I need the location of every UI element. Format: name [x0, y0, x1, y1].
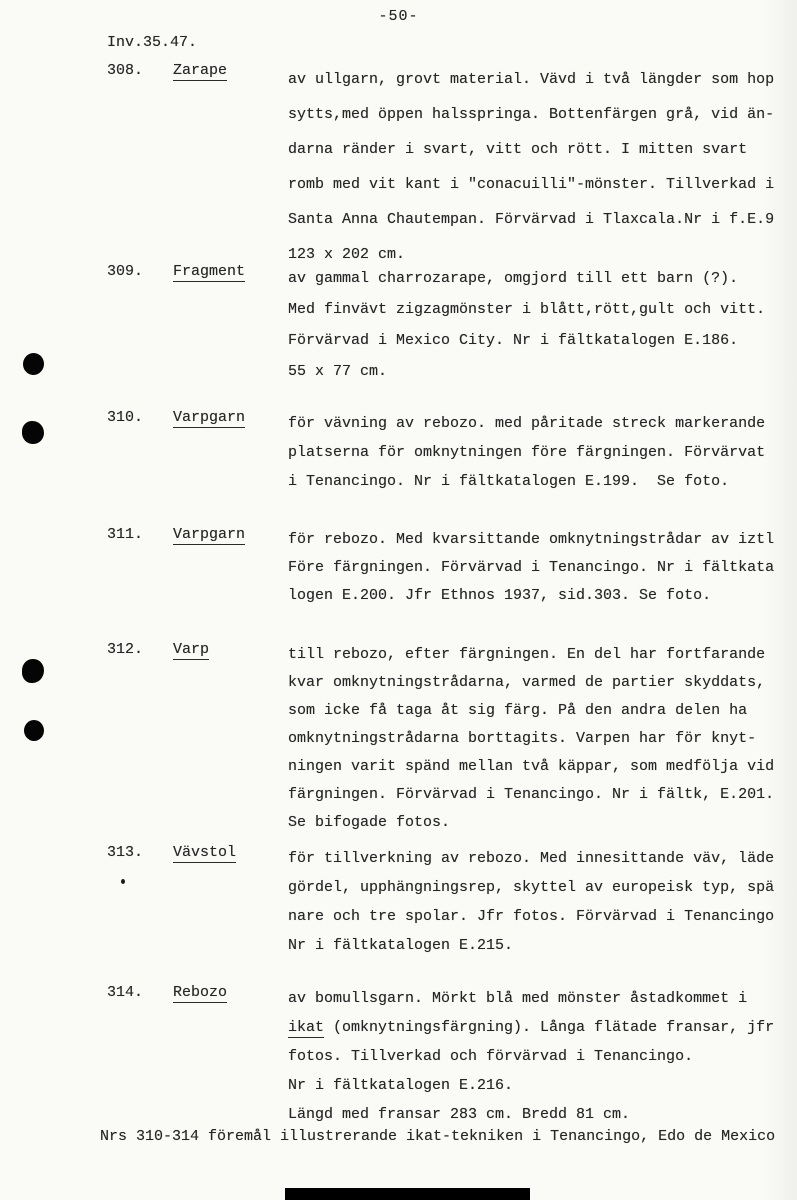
- entry-name: Varpgarn: [173, 409, 245, 428]
- stray-ink-dot: [121, 879, 125, 884]
- entry-description-line: av bomullsgarn. Mörkt blå med mönster ås…: [288, 990, 747, 1007]
- entry-number: 310.: [107, 409, 143, 426]
- entry-name: Vävstol: [173, 844, 236, 863]
- hole-punch-mark: [22, 421, 44, 444]
- entry-description-line: (omknytningsfärgning). Långa flätade fra…: [324, 1019, 774, 1036]
- entry-number: 308.: [107, 62, 143, 79]
- entry-description: för tillverkning av rebozo. Med innesitt…: [288, 844, 774, 960]
- entry-number: 311.: [107, 526, 143, 543]
- entry-description: av gammal charrozarape, omgjord till ett…: [288, 263, 765, 387]
- page-number: -50-: [0, 8, 797, 25]
- entry-name: Fragment: [173, 263, 245, 282]
- entry-name: Varpgarn: [173, 526, 245, 545]
- hole-punch-mark: [22, 352, 46, 377]
- entry-description: av bomullsgarn. Mörkt blå med mönster ås…: [288, 984, 774, 1129]
- inventory-number: Inv.35.47.: [107, 34, 197, 51]
- entry-name: Zarape: [173, 62, 227, 81]
- entry-description: för vävning av rebozo. med påritade stre…: [288, 409, 765, 496]
- entry-description: för rebozo. Med kvarsittande omknytnings…: [288, 526, 774, 610]
- entry-number: 314.: [107, 984, 143, 1001]
- entry-description-lines: fotos. Tillverkad och förvärvad i Tenanc…: [288, 1048, 693, 1123]
- entry-description: till rebozo, efter färgningen. En del ha…: [288, 641, 774, 837]
- footer-note: Nrs 310-314 föremål illustrerande ikat-t…: [100, 1128, 775, 1145]
- entry-number: 313.: [107, 844, 143, 861]
- entry-name: Rebozo: [173, 984, 227, 1003]
- entry-number: 309.: [107, 263, 143, 280]
- hole-punch-mark: [24, 720, 44, 741]
- entry-name: Varp: [173, 641, 209, 660]
- ikat-term: ikat: [288, 1019, 324, 1038]
- entry-description: av ullgarn, grovt material. Vävd i två l…: [288, 62, 774, 272]
- entry-number: 312.: [107, 641, 143, 658]
- black-scan-bar: [285, 1188, 530, 1200]
- scanned-document-page: -50- Inv.35.47. 308. Zarape av ullgarn, …: [0, 0, 797, 1200]
- hole-punch-mark: [22, 659, 44, 683]
